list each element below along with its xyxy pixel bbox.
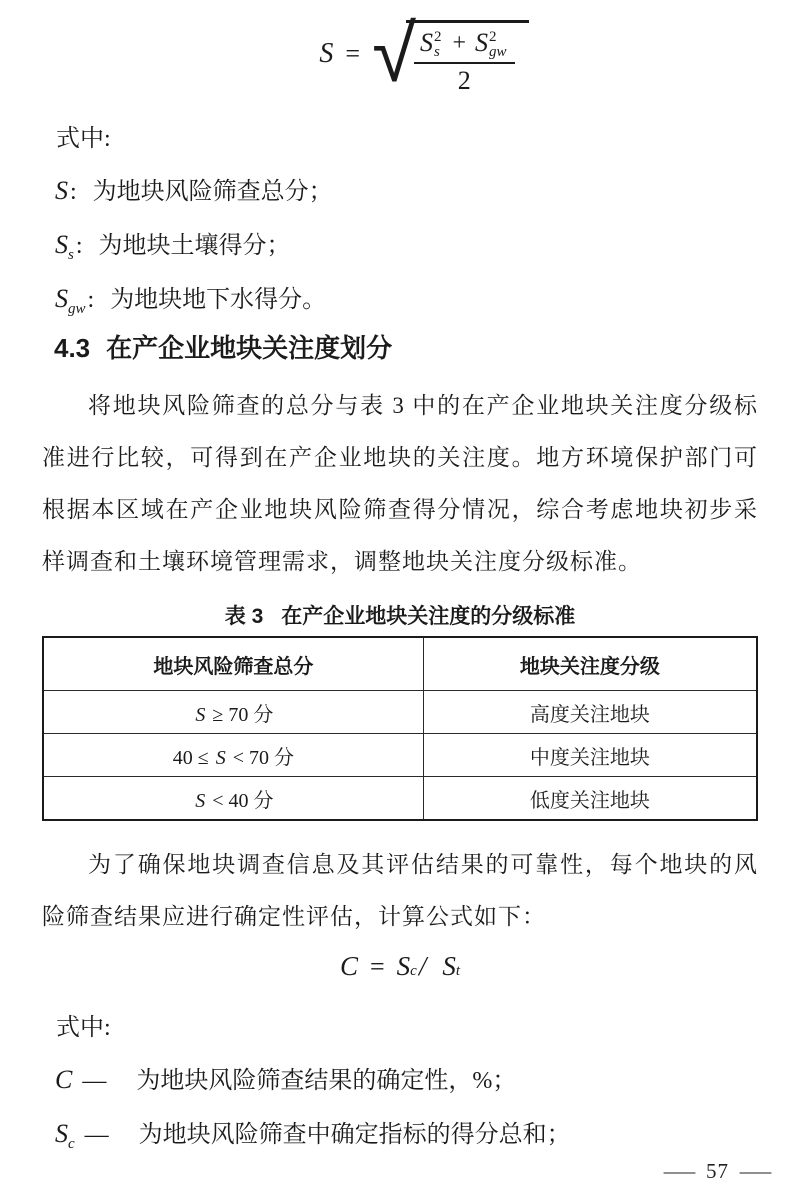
equals-sign: = xyxy=(345,39,360,69)
symbol-C: C xyxy=(55,1065,72,1099)
body-paragraph-2: 为了确保地块调查信息及其评估结果的可靠性，每个地块的风险筛查结果应进行确定性评估… xyxy=(42,839,758,943)
grade-cell: 中度关注地块 xyxy=(423,734,757,777)
radicand: S 2 s + S 2 gw 2 xyxy=(406,20,529,96)
table-label: 表 3 xyxy=(225,605,264,628)
grade-standard-table: 地块风险筛查总分 地块关注度分级 S ≥ 70 分 高度关注地块 40 ≤ S … xyxy=(42,636,758,821)
em-dash: — xyxy=(82,1068,106,1095)
section-number: 4.3 xyxy=(54,333,90,364)
symbol-Ss: Ss: xyxy=(55,230,83,264)
definition-C: C — 为地块风险筛查结果的确定性，%； xyxy=(55,1060,758,1093)
score-cell: S < 40 分 xyxy=(43,777,423,821)
definition-Ss: Ss: 为地块土壤得分； xyxy=(55,225,758,258)
col-header-grade: 地块关注度分级 xyxy=(423,637,757,691)
supsub-Sgw: 2 gw xyxy=(489,30,507,60)
table-title: 在产企业地块关注度的分级标准 xyxy=(281,605,575,628)
formula-certainty: C = Sc/ St xyxy=(42,951,758,991)
square-root: √ S 2 s + S 2 gw xyxy=(372,10,528,98)
fraction-numerator: S 2 s + S 2 gw xyxy=(414,28,515,64)
var-St: S xyxy=(442,951,456,982)
symbol-Sc: Sc xyxy=(55,1119,75,1153)
definition-text: 为地块地下水得分。 xyxy=(110,279,326,314)
definition-text: 为地块风险筛查结果的确定性，%； xyxy=(136,1060,516,1095)
where-label-2: 式中: xyxy=(56,1007,758,1039)
definition-Sc: Sc — 为地块风险筛查中确定指标的得分总和； xyxy=(55,1114,758,1147)
definition-text: 为地块土壤得分； xyxy=(99,225,291,260)
slash: / xyxy=(419,951,427,982)
table-row: 40 ≤ S < 70 分 中度关注地块 xyxy=(43,734,757,777)
symbol-S: S: xyxy=(55,176,77,210)
page-number: 57 xyxy=(706,1159,729,1184)
table-row: S ≥ 70 分 高度关注地块 xyxy=(43,691,757,734)
body-paragraph-1: 将地块风险筛查的总分与表 3 中的在产企业地块关注度分级标准进行比较，可得到在产… xyxy=(42,380,758,588)
plus-sign: + xyxy=(453,30,467,57)
section-heading: 4.3 在产企业地块关注度划分 xyxy=(54,328,758,362)
definition-S: S: 为地块风险筛查总分； xyxy=(55,171,758,204)
fraction-denominator: 2 xyxy=(458,64,471,96)
em-dash: — xyxy=(85,1122,109,1149)
formula-lhs: S xyxy=(319,38,333,70)
formula-lhs: C xyxy=(340,951,358,982)
score-cell: S ≥ 70 分 xyxy=(43,691,423,734)
definition-text: 为地块风险筛查中确定指标的得分总和； xyxy=(139,1114,571,1149)
footer-left-dash: — xyxy=(664,1159,696,1184)
section-title: 在产企业地块关注度划分 xyxy=(106,328,392,365)
where-label-1: 式中: xyxy=(56,118,758,150)
var-Sgw: S xyxy=(475,28,488,58)
table-header-row: 地块风险筛查总分 地块关注度分级 xyxy=(43,637,757,691)
score-cell: 40 ≤ S < 70 分 xyxy=(43,734,423,777)
grade-cell: 高度关注地块 xyxy=(423,691,757,734)
col-header-score: 地块风险筛查总分 xyxy=(43,637,423,691)
grade-cell: 低度关注地块 xyxy=(423,777,757,821)
equals-sign: = xyxy=(370,952,385,982)
definition-text: 为地块风险筛查总分； xyxy=(93,171,333,206)
page-number-footer: — 57 — xyxy=(663,1159,772,1184)
fraction: S 2 s + S 2 gw 2 xyxy=(414,28,515,96)
definition-Sgw: Sgw: 为地块地下水得分。 xyxy=(55,279,758,312)
table-row: S < 40 分 低度关注地块 xyxy=(43,777,757,821)
document-page: S = √ S 2 s + S 2 gw xyxy=(0,0,800,1200)
var-Ss: S xyxy=(420,28,433,58)
var-Sc: S xyxy=(397,951,411,982)
table-caption: 表 3在产企业地块关注度的分级标准 xyxy=(42,600,758,630)
footer-right-dash: — xyxy=(740,1159,772,1184)
symbol-Sgw: Sgw: xyxy=(55,284,94,318)
formula-risk-score: S = √ S 2 s + S 2 gw xyxy=(90,0,758,102)
supsub-Ss: 2 s xyxy=(434,30,442,60)
